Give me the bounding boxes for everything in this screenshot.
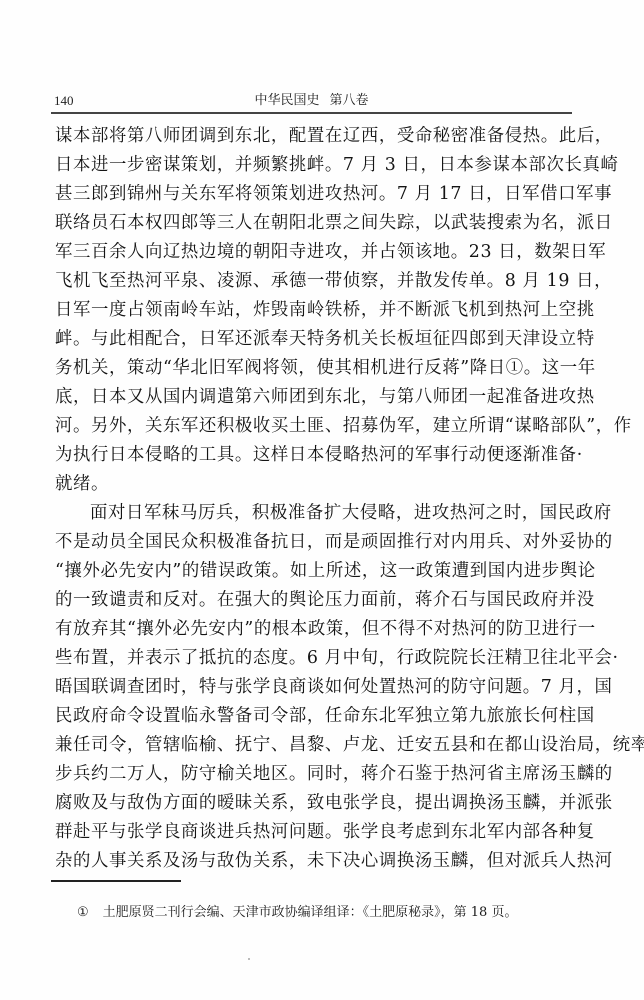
text-line: 民政府命令设置临永警备司令部，任命东北军独立第九旅旅长何柱国 <box>55 702 575 731</box>
footnote: ①土肥原贤二刊行会编、天津市政协编译组译：《土肥原秘录》，第 18 页。 <box>77 902 517 924</box>
book-title: 中华民国史第八卷 <box>51 90 572 112</box>
text-line: 不是动员全国民众积极准备抗日，而是顽固推行对内用兵、对外妥协的 <box>55 528 575 557</box>
text-line: 腐败及与敌伪方面的暧昧关系，致电张学良，提出调换汤玉麟，并派张 <box>55 789 575 818</box>
footnote-mark: ① <box>77 905 89 920</box>
text-line: 日军一度占领南岭车站，炸毁南岭铁桥，并不断派飞机到热河上空挑 <box>55 296 575 325</box>
body-text: 谋本部将第八师团调到东北，配置在辽西，受命秘密准备侵热。此后，日本进一步密谋策划… <box>55 122 575 876</box>
running-head: 140 中华民国史第八卷 <box>51 90 572 112</box>
footnote-rule <box>51 880 181 882</box>
text-line: 日本进一步密谋策划，并频繁挑衅。7 月 3 日，日本参谋本部次长真崎 <box>55 151 575 180</box>
text-line: 谋本部将第八师团调到东北，配置在辽西，受命秘密准备侵热。此后， <box>55 122 575 151</box>
text-line: 河。另外，关东军还积极收买土匪、招募伪军，建立所谓“谋略部队”，作 <box>55 412 575 441</box>
text-line: 杂的人事关系及汤与敌伪关系，未下决心调换汤玉麟，但对派兵人热河 <box>55 847 575 876</box>
paragraph-start-line: 面对日军秣马厉兵，积极准备扩大侵略，进攻热河之时，国民政府 <box>55 499 575 528</box>
text-line: 有放弃其“攘外必先安内”的根本政策，但不得不对热河的防卫进行一 <box>55 615 575 644</box>
book-title-text: 中华民国史 <box>254 93 319 108</box>
text-line: 衅。与此相配合，日军还派奉天特务机关长板垣征四郎到天津设立特 <box>55 325 575 354</box>
text-line: 军三百余人向辽热边境的朝阳寺进攻，并占领该地。23 日，数架日军 <box>55 238 575 267</box>
text-line: 晤国联调查团时，特与张学良商谈如何处置热河的防守问题。7 月，国 <box>55 673 575 702</box>
text-line: 飞机飞至热河平泉、凌源、承德一带侦察，并散发传单。8 月 19 日， <box>55 267 575 296</box>
text-line: 兼任司令，管辖临榆、抚宁、昌黎、卢龙、迁安五县和在都山设治局，统率 <box>55 731 575 760</box>
text-line: 的一致谴责和反对。在强大的舆论压力面前，蒋介石与国民政府并没 <box>55 586 575 615</box>
text-line: 些布置，并表示了抵抗的态度。6 月中旬，行政院院长汪精卫往北平会· <box>55 644 575 673</box>
text-line: 务机关，策动“华北旧军阀将领，使其相机进行反蒋”降日①。这一年 <box>55 354 575 383</box>
footnote-text: 土肥原贤二刊行会编、天津市政协编译组译：《土肥原秘录》，第 18 页。 <box>103 905 518 920</box>
text-line: 步兵约二万人，防守榆关地区。同时，蒋介石鉴于热河省主席汤玉麟的 <box>55 760 575 789</box>
book-page: 140 中华民国史第八卷 谋本部将第八师团调到东北，配置在辽西，受命秘密准备侵热… <box>0 0 644 1000</box>
text-line: 为执行日本侵略的工具。这样日本侵略热河的军事行动便逐渐准备· <box>55 441 575 470</box>
header-rule <box>51 112 572 114</box>
text-line: 联络员石本权四郎等三人在朝阳北票之间失踪，以武装搜索为名，派日 <box>55 209 575 238</box>
scan-speck <box>248 958 250 960</box>
text-line: 群赴平与张学良商谈进兵热河问题。张学良考虑到东北军内部各种复 <box>55 818 575 847</box>
text-line: 底，日本又从国内调遣第六师团到东北，与第八师团一起准备进攻热 <box>55 383 575 412</box>
volume-label: 第八卷 <box>330 93 369 108</box>
text-line: 甚三郎到锦州与关东军将领策划进攻热河。7 月 17 日，日军借口军事 <box>55 180 575 209</box>
text-line: “攘外必先安内”的错误政策。如上所述，这一政策遭到国内进步舆论 <box>55 557 575 586</box>
text-line: 就绪。 <box>55 470 575 499</box>
